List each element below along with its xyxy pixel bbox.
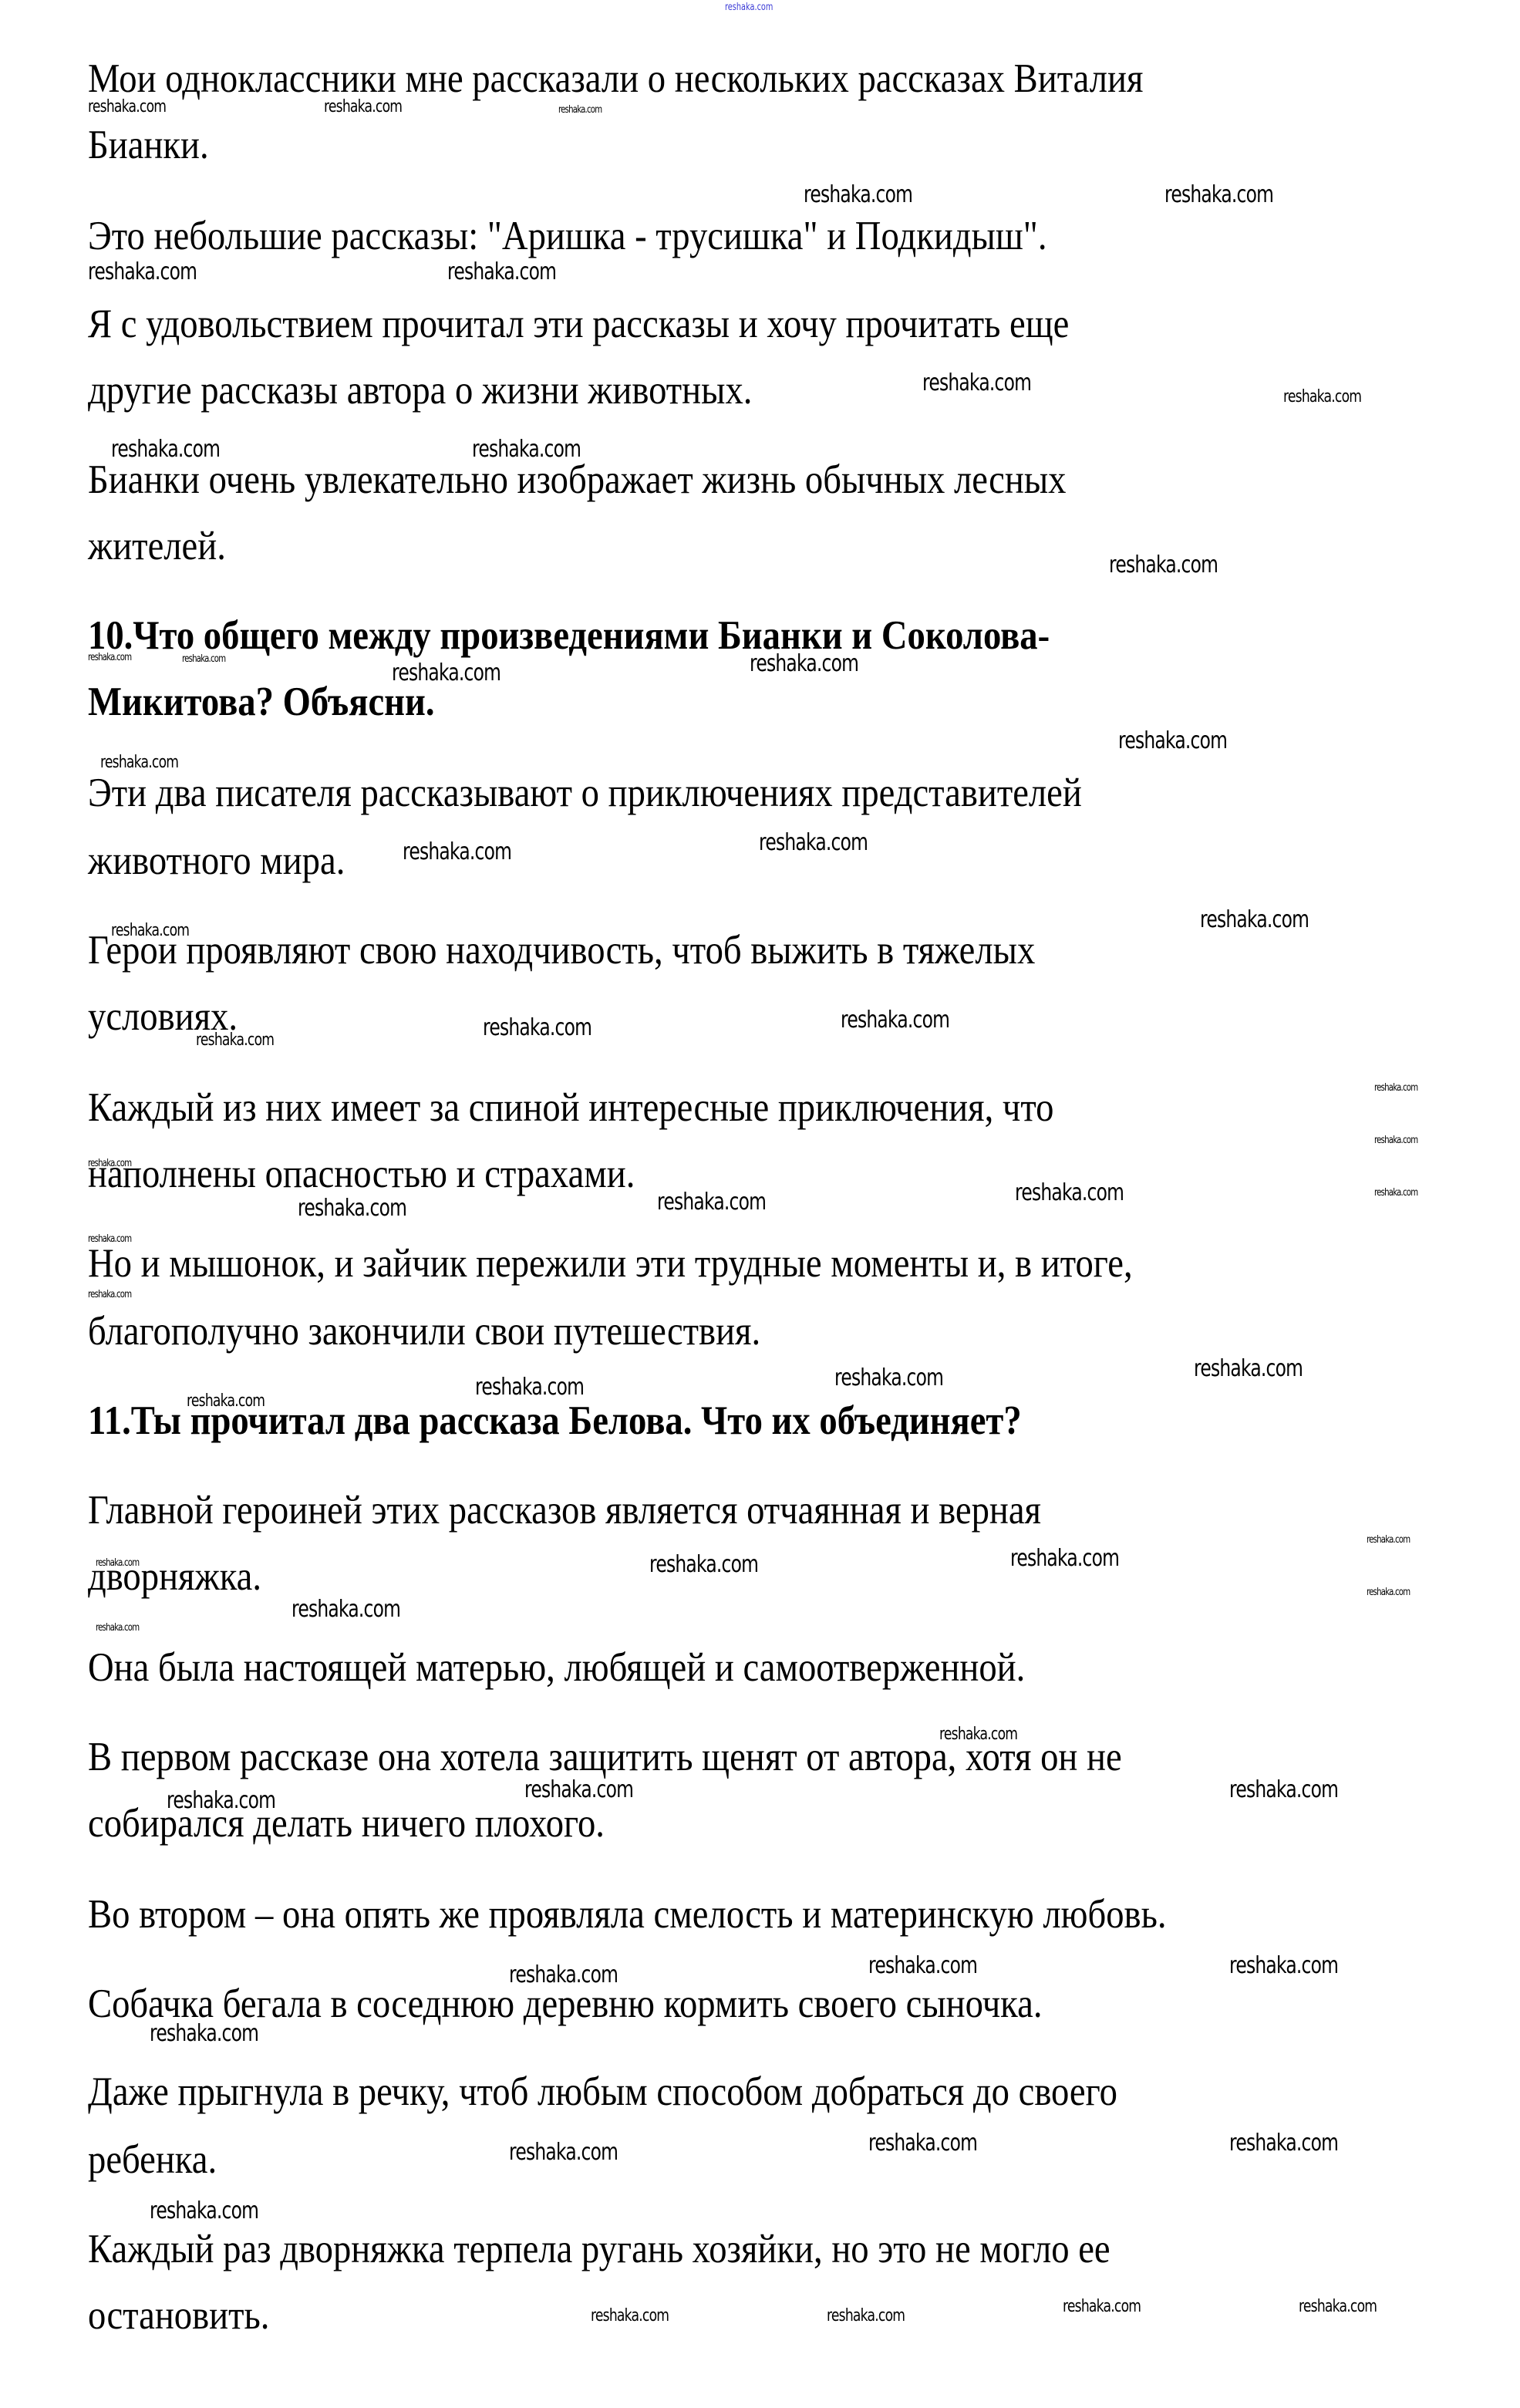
watermark: reshaka.com [558,105,602,115]
text-line: Даже прыгнула в речку, чтоб любым способ… [88,2072,1117,2113]
text-line: благополучно закончили свои путешествия. [88,1311,760,1352]
watermark: reshaka.com [403,841,511,864]
watermark: reshaka.com [591,2308,669,2325]
site-link[interactable]: reshaka.com [725,2,773,13]
text-line: Бианки очень увлекательно изображает жиз… [88,460,1066,501]
watermark: reshaka.com [649,1553,758,1577]
watermark: reshaka.com [868,1954,977,1978]
text-line: Бианки. [88,125,209,166]
watermark: reshaka.com [187,1393,265,1410]
text-line: жителей. [88,526,226,567]
watermark: reshaka.com [111,922,189,939]
text-line: Главной героиней этих рассказов является… [88,1490,1041,1531]
text-line: наполнены опасностью и страхами. [88,1154,635,1195]
watermark: reshaka.com [88,1158,131,1169]
watermark: reshaka.com [657,1191,766,1214]
watermark: reshaka.com [1194,1357,1303,1381]
watermark: reshaka.com [1015,1182,1124,1205]
watermark: reshaka.com [868,2132,977,2155]
watermark: reshaka.com [1010,1547,1119,1570]
watermark: reshaka.com [111,438,220,461]
question-heading: 10.Что общего между произведениями Бианк… [88,615,1050,656]
text-line: животного мира. [88,841,345,882]
watermark: reshaka.com [939,1726,1017,1743]
text-line: ребенка. [88,2140,217,2180]
watermark: reshaka.com [509,1964,618,1987]
watermark: reshaka.com [509,2141,618,2164]
text-line: Во втором – она опять же проявляла смело… [88,1894,1166,1935]
watermark: reshaka.com [1299,2298,1377,2315]
text-line: Но и мышонок, и зайчик пережили эти труд… [88,1243,1133,1284]
watermark: reshaka.com [150,2022,258,2045]
watermark: reshaka.com [1109,554,1218,577]
watermark: reshaka.com [1200,909,1309,932]
text-line: остановить. [88,2295,269,2336]
watermark: reshaka.com [1283,389,1361,406]
watermark: reshaka.com [167,1789,275,1813]
text-line: Она была настоящей матерью, любящей и са… [88,1647,1025,1688]
watermark: reshaka.com [196,1032,274,1049]
text-line: Я с удовольствием прочитал эти рассказы … [88,304,1069,345]
question-heading: Микитова? Объясни. [88,682,435,723]
watermark: reshaka.com [447,261,556,284]
watermark: reshaka.com [472,438,581,461]
watermark: reshaka.com [804,184,912,207]
watermark: reshaka.com [1229,2132,1338,2155]
watermark: reshaka.com [88,653,131,663]
watermark: reshaka.com [475,1376,584,1399]
watermark: reshaka.com [1367,1535,1410,1545]
watermark: reshaka.com [96,1558,139,1568]
watermark: reshaka.com [1374,1083,1417,1093]
watermark: reshaka.com [298,1197,406,1220]
watermark: reshaka.com [292,1598,400,1621]
watermark: reshaka.com [841,1009,949,1032]
text-line: Каждый из них имеет за спиной интересные… [88,1088,1053,1128]
watermark: reshaka.com [88,261,197,284]
watermark: reshaka.com [524,1779,633,1802]
watermark: reshaka.com [1374,1188,1417,1198]
watermark: reshaka.com [150,2200,258,2223]
text-line: Это небольшие рассказы: "Аришка - трусиш… [88,216,1047,257]
watermark: reshaka.com [88,99,166,116]
text-line: собирался делать ничего плохого. [88,1803,605,1844]
watermark: reshaka.com [483,1017,591,1040]
watermark: reshaka.com [1164,184,1273,207]
watermark: reshaka.com [750,653,858,676]
text-line: Герои проявляют свою находчивость, чтоб … [88,930,1035,971]
watermark: reshaka.com [96,1623,139,1633]
watermark: reshaka.com [88,1290,131,1300]
text-line: Мои одноклассники мне рассказали о неско… [88,59,1143,99]
watermark: reshaka.com [88,1234,131,1244]
watermark: reshaka.com [1229,1954,1338,1978]
watermark: reshaka.com [324,99,402,116]
watermark: reshaka.com [834,1367,943,1390]
watermark: reshaka.com [922,372,1031,395]
watermark: reshaka.com [759,831,868,855]
watermark: reshaka.com [392,662,500,685]
watermark: reshaka.com [1229,1779,1338,1802]
text-line: Эти два писателя рассказывают о приключе… [88,773,1082,814]
watermark: reshaka.com [182,654,225,664]
watermark: reshaka.com [1063,2298,1141,2315]
text-line: Собачка бегала в соседнюю деревню кормит… [88,1984,1042,2025]
watermark: reshaka.com [1374,1135,1417,1145]
watermark: reshaka.com [827,2308,905,2325]
watermark: reshaka.com [1367,1587,1410,1597]
watermark: reshaka.com [100,754,178,771]
watermark: reshaka.com [1118,730,1227,753]
text-line: другие рассказы автора о жизни животных. [88,370,752,411]
text-line: Каждый раз дворняжка терпела ругань хозя… [88,2229,1111,2270]
